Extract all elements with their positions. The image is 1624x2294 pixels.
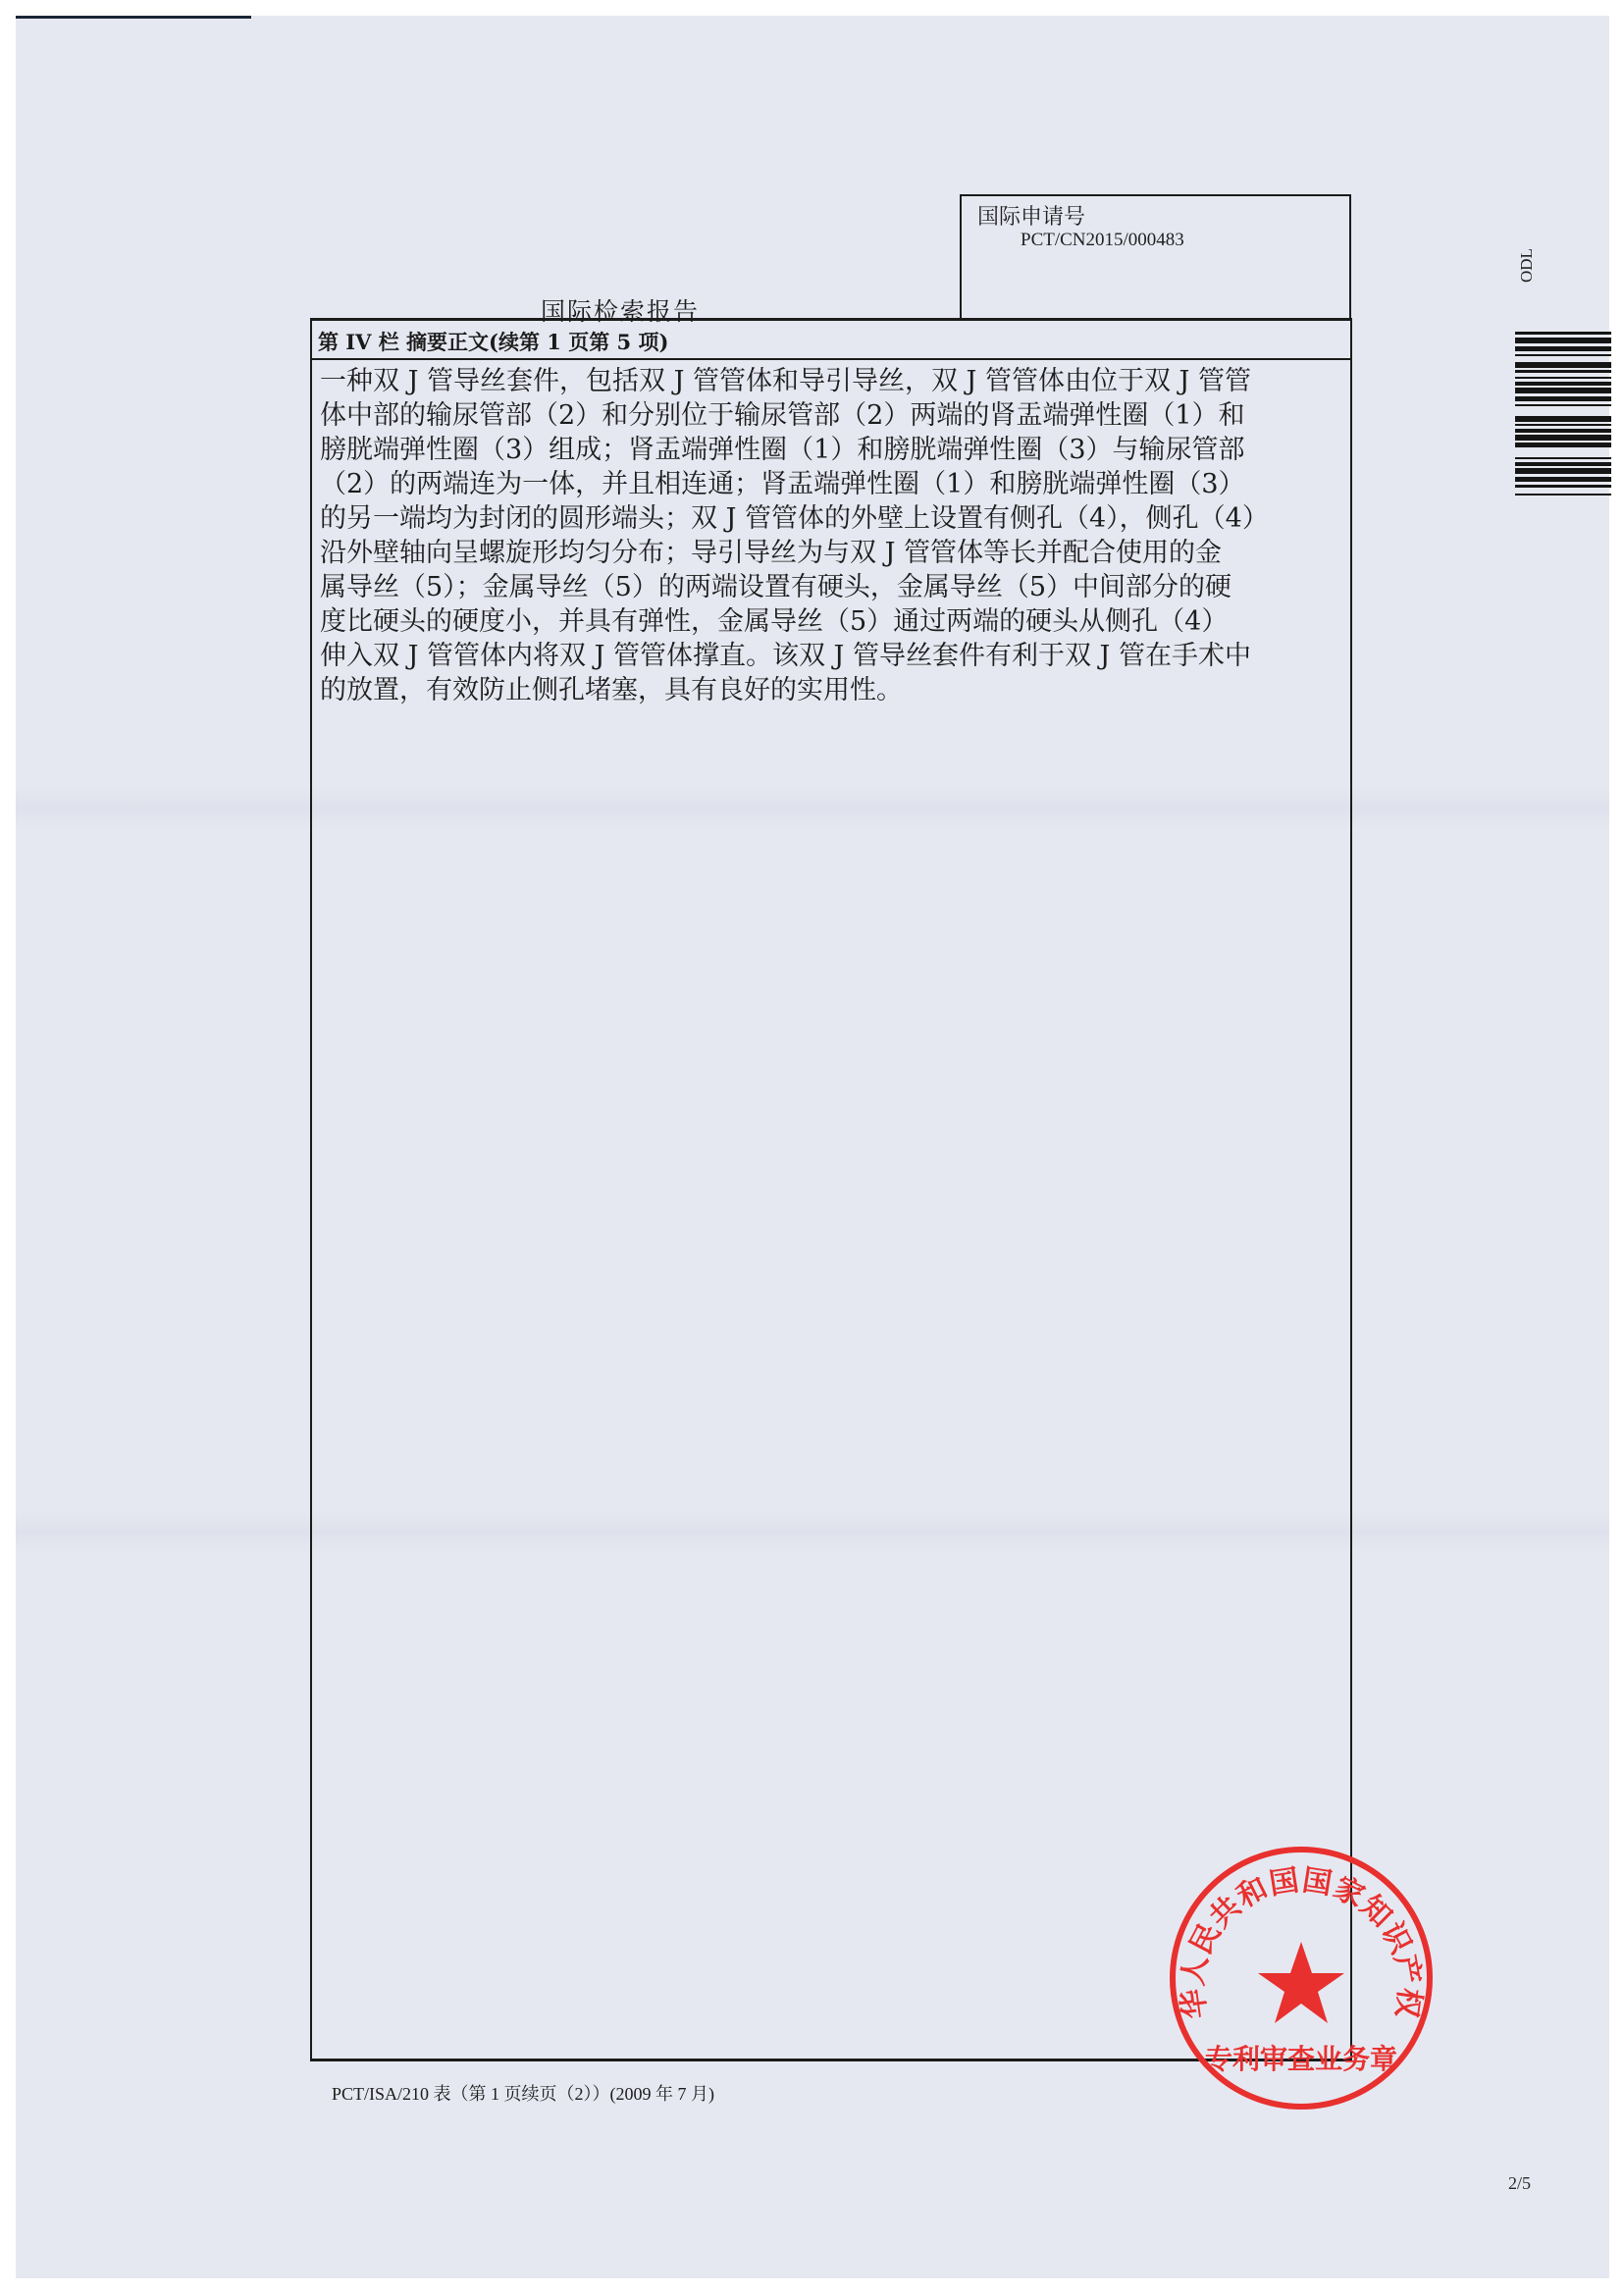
barcode-icon xyxy=(1515,332,1613,506)
form-footer: PCT/ISA/210 表（第 1 页续页（2））(2009 年 7 月) xyxy=(332,2080,714,2106)
abstract-section-box: 第 IV 栏 摘要正文(续第 1 页第 5 项) 一种双 J 管导丝套件，包括双… xyxy=(310,318,1352,2061)
star-icon xyxy=(1258,1942,1344,2023)
application-number-label: 国际申请号 xyxy=(977,200,1085,231)
abstract-line: 体中部的输尿管部（2）和分别位于输尿管部（2）两端的肾盂端弹性圈（1）和 xyxy=(320,398,1346,433)
official-seal: 中华人民共和国国家知识产权局 专利审查业务章 xyxy=(1164,1841,1439,2115)
document-page: 国际申请号 PCT/CN2015/000483 国际检索报告 第 IV 栏 摘要… xyxy=(16,16,1609,2278)
application-number-box: 国际申请号 PCT/CN2015/000483 xyxy=(960,194,1351,320)
abstract-line: 膀胱端弹性圈（3）组成；肾盂端弹性圈（1）和膀胱端弹性圈（3）与输尿管部 xyxy=(320,433,1346,467)
abstract-text: 一种双 J 管导丝套件，包括双 J 管管体和导引导丝，双 J 管管体由位于双 J… xyxy=(320,364,1346,707)
abstract-line: （2）的两端连为一体，并且相连通；肾盂端弹性圈（1）和膀胱端弹性圈（3） xyxy=(320,467,1346,501)
seal-inner-text: 专利审查业务章 xyxy=(1205,2043,1397,2075)
abstract-line: 伸入双 J 管管体内将双 J 管管体撑直。该双 J 管导丝套件有利于双 J 管在… xyxy=(320,639,1346,673)
application-number-value: PCT/CN2015/000483 xyxy=(1021,230,1184,251)
abstract-line: 属导丝（5）；金属导丝（5）的两端设置有硬头，金属导丝（5）中间部分的硬 xyxy=(320,570,1346,604)
section-header: 第 IV 栏 摘要正文(续第 1 页第 5 项) xyxy=(312,321,1350,360)
abstract-line: 度比硬头的硬度小，并具有弹性，金属导丝（5）通过两端的硬头从侧孔（4） xyxy=(320,604,1346,639)
abstract-line: 沿外壁轴向呈螺旋形均匀分布；导引导丝为与双 J 管管体等长并配合使用的金 xyxy=(320,536,1346,570)
abstract-line: 的放置，有效防止侧孔堵塞，具有良好的实用性。 xyxy=(320,673,1346,707)
barcode-label: ODL xyxy=(1517,248,1537,283)
page-number: 2/5 xyxy=(1508,2173,1531,2194)
abstract-line: 的另一端均为封闭的圆形端头；双 J 管管体的外壁上设置有侧孔（4），侧孔（4） xyxy=(320,501,1346,536)
section-header-text: 第 IV 栏 摘要正文(续第 1 页第 5 项) xyxy=(318,327,668,356)
abstract-line: 一种双 J 管导丝套件，包括双 J 管管体和导引导丝，双 J 管管体由位于双 J… xyxy=(320,364,1346,398)
